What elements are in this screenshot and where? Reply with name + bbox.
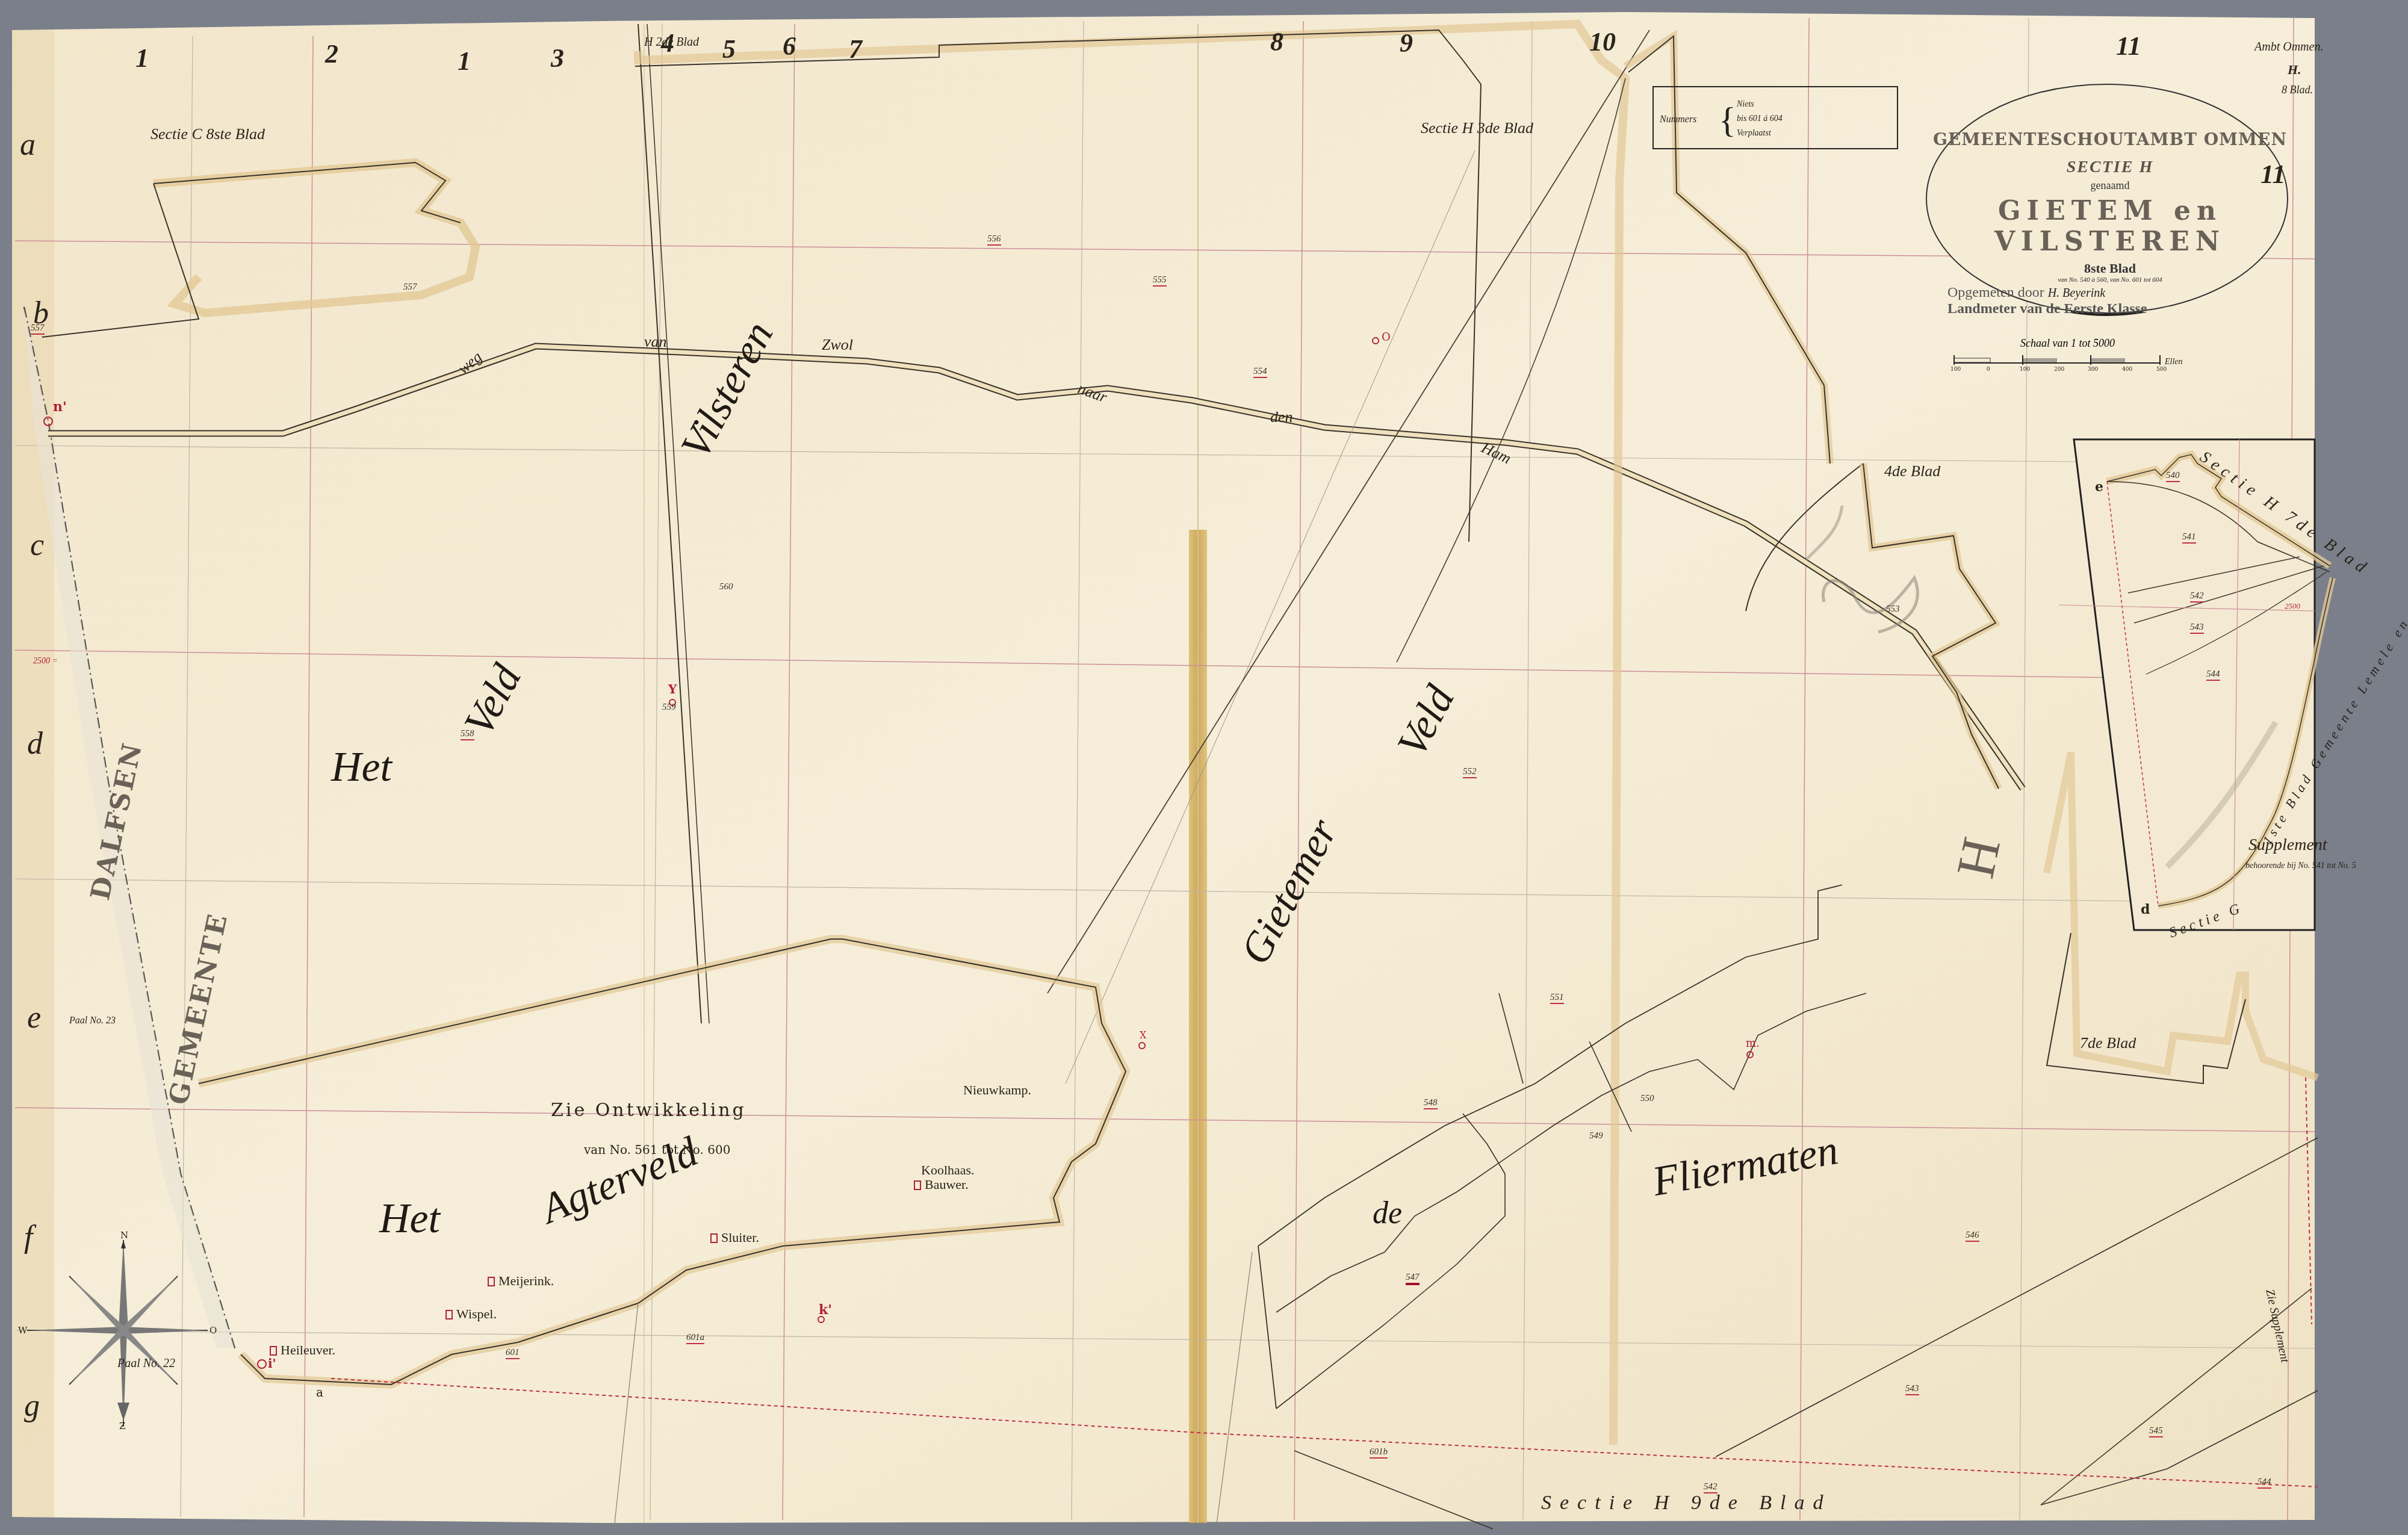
house-icon <box>445 1310 453 1319</box>
column-number: 8 <box>1270 29 1283 55</box>
column-number: 6 <box>783 33 796 60</box>
scale-tick: 400 <box>2122 367 2132 373</box>
parcel-number: 543 <box>1905 1385 1919 1395</box>
title-block: GEMEENTESCHOUTAMBT OMMEN SECTIE H genaam… <box>1923 114 2297 295</box>
parcel-range-note: van No. 540 à 560, van No. 601 tot 604 <box>1923 276 2297 284</box>
marker-n: n' <box>53 400 67 414</box>
survey-point-label: m. <box>1746 1038 1760 1049</box>
farm-heileuver: Heileuver. <box>270 1344 335 1357</box>
parcel-number: 559 <box>662 703 676 713</box>
inset-parcel-number: 542 <box>2190 592 2204 603</box>
paal-23-label: Paal No. 23 <box>69 1016 116 1026</box>
cadastral-map-sheet: GEMEENTESCHOUTAMBT OMMEN SECTIE H genaam… <box>0 0 2408 1535</box>
survey-point-label: X <box>1140 1031 1146 1040</box>
section-title: SECTIE H <box>1923 158 2297 177</box>
inset-parcel-number: 540 <box>2166 471 2180 482</box>
house-icon <box>710 1233 718 1243</box>
scale-tick: 100 <box>1950 367 1961 373</box>
field-name-de: de <box>1373 1198 1402 1229</box>
row-letter: e <box>27 1002 41 1034</box>
farm-nieuwkamp: Nieuwkamp. <box>963 1084 1031 1097</box>
column-number: 7 <box>849 36 862 63</box>
legend-item: bis 601 á 604 <box>1737 115 1783 123</box>
farm-meijerink: Meijerink. <box>488 1274 554 1288</box>
parcel-number: 558 <box>461 730 474 740</box>
scale-tick: 200 <box>2054 367 2064 373</box>
inset-corner-d: d <box>2141 903 2150 916</box>
parcel-number: 552 <box>1463 767 1477 778</box>
scale-tick: 0 <box>1987 367 1990 373</box>
parcel-number: 548 <box>1424 1099 1438 1109</box>
legend-box: Nummers { Niets bis 601 á 604 Verplaatst <box>1652 86 1898 149</box>
municipality-title: GEMEENTESCHOUTAMBT OMMEN <box>1923 129 2297 149</box>
legend-key: Nummers <box>1660 115 1696 125</box>
neighbour-section-right-low: 7de Blad <box>2080 1035 2136 1051</box>
compass-s: Z <box>119 1422 125 1431</box>
column-number: 1 <box>458 48 471 75</box>
farm-koolhaas: Koolhaas. <box>921 1164 975 1177</box>
corner-note-section: H. <box>2288 63 2301 76</box>
column-number: 2 <box>325 41 338 67</box>
field-name-het-1: Het <box>331 746 392 789</box>
column-number: 10 <box>1589 29 1616 55</box>
column-number: 1 <box>135 45 149 72</box>
point-a-label: a <box>316 1386 323 1398</box>
scale-tick: 300 <box>2088 367 2098 373</box>
sheet-number: 8ste Blad <box>1923 261 2297 276</box>
surveyor-title: Landmeter van de Eerste Klasse <box>1923 301 2297 317</box>
legend-item: Niets <box>1737 101 1754 109</box>
named-label: genaamd <box>1923 179 2297 192</box>
corner-note-ambt: Ambt Ommen. <box>2254 41 2323 53</box>
parcel-number: 547 <box>1406 1273 1420 1285</box>
neighbour-section-top-left: Sectie C 8ste Blad <box>150 126 265 142</box>
road-label: van <box>644 334 667 350</box>
row-letter: f <box>24 1222 33 1253</box>
neighbour-section-bottom: Sectie H 9de Blad <box>1541 1493 1832 1513</box>
grid-value-left: 2500 = <box>33 657 58 666</box>
section-name: GIETEM en VILSTEREN <box>1923 196 2297 257</box>
farm-bauwer: Bauwer. <box>914 1178 969 1191</box>
survey-point-label: O <box>1382 332 1391 343</box>
row-letter: a <box>20 129 36 161</box>
inset-parcel-number: 541 <box>2182 533 2196 544</box>
house-icon <box>270 1346 277 1356</box>
parcel-number: 601b <box>1370 1448 1388 1459</box>
brace-icon: { <box>1719 102 1736 138</box>
field-name-het-2: Het <box>379 1198 440 1240</box>
surveyed-by: Opgemeten door H. Beyerink <box>1923 285 2297 301</box>
parcel-number: 549 <box>1589 1132 1603 1141</box>
farm-wispel: Wispel. <box>445 1307 497 1321</box>
neighbour-section-top-center: H 2de Blad <box>644 36 699 48</box>
farm-sluiter: Sluiter. <box>710 1231 759 1244</box>
parcel-number: 601a <box>686 1333 704 1344</box>
scale-tick: 100 <box>2020 367 2030 373</box>
scale-unit: Ellen <box>2165 358 2183 367</box>
parcel-number: 546 <box>1966 1231 1979 1242</box>
scale-caption: Schaal van 1 tot 5000 <box>2020 337 2115 350</box>
neighbour-section-top-right: Sectie H 3de Blad <box>1421 120 1533 136</box>
road-label: Zwol <box>822 337 853 353</box>
row-letter: g <box>24 1391 40 1422</box>
inset-corner-e: e <box>2095 480 2103 494</box>
compass-n: N <box>120 1231 128 1240</box>
inset-parcel-number: 544 <box>2206 670 2220 681</box>
survey-point-label: Y <box>668 683 677 695</box>
development-note-line1: Zie Ontwikkeling <box>551 1102 746 1120</box>
parcel-number: 542 <box>1704 1483 1718 1493</box>
column-number: 5 <box>722 36 736 63</box>
surveyor-signature: H. Beyerink <box>2048 287 2106 300</box>
inset-subtitle: behoorende bij No. 541 tot No. 5 <box>2245 862 2356 870</box>
parcel-number: 544 <box>2257 1478 2271 1489</box>
parcel-number: 545 <box>2149 1427 2163 1437</box>
column-number: 11 <box>2116 33 2141 60</box>
row-letter: c <box>30 530 44 561</box>
paal-22-label: Paal No. 22 <box>117 1357 175 1369</box>
legend-item: Verplaatst <box>1737 129 1771 138</box>
parcel-number: 554 <box>1253 367 1267 378</box>
survey-point-label: k' <box>819 1303 832 1316</box>
column-number-11: 11 <box>2261 161 2286 188</box>
inset-grid-value: 2500 <box>2285 602 2300 610</box>
parcel-number: 557 <box>403 283 417 293</box>
house-icon <box>914 1180 921 1190</box>
compass-w: W <box>18 1326 27 1335</box>
parcel-number: 560 <box>719 583 733 592</box>
column-number: 3 <box>551 45 564 72</box>
development-note-line2: van No. 561 tot No. 600 <box>584 1144 730 1156</box>
neighbour-section-right-mid: 4de Blad <box>1884 464 1940 479</box>
compass-e: O <box>209 1326 217 1335</box>
parcel-number: 553 <box>1886 605 1900 615</box>
inset-parcel-number: 543 <box>2190 623 2204 634</box>
parcel-number: 557 <box>31 324 45 335</box>
parcel-number: 550 <box>1640 1094 1654 1104</box>
corner-note-sheet: 8 Blad. <box>2282 84 2313 95</box>
row-letter: d <box>27 728 43 760</box>
marker-i: i' <box>268 1357 276 1369</box>
scale-tick: 500 <box>2156 367 2167 373</box>
house-icon <box>488 1277 495 1286</box>
parcel-number: 555 <box>1153 276 1167 287</box>
parcel-number: 551 <box>1550 993 1564 1004</box>
column-number: 9 <box>1400 30 1413 57</box>
parcel-number: 601 <box>506 1348 520 1359</box>
parcel-number: 556 <box>987 235 1001 246</box>
road-label: den <box>1270 409 1293 425</box>
